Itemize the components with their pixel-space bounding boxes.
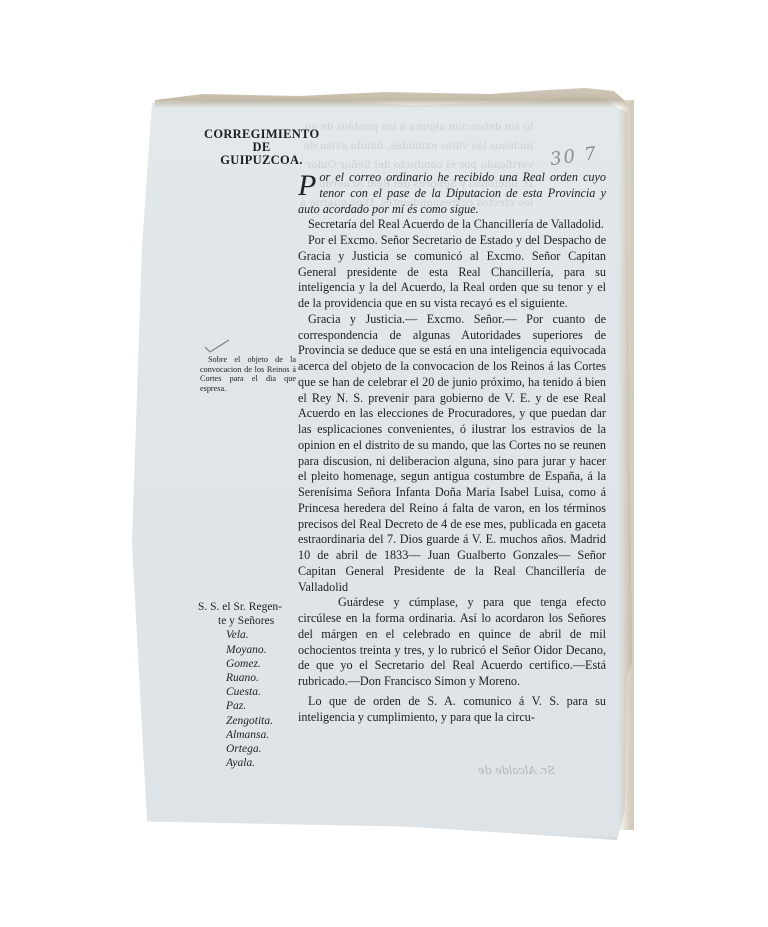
paragraph: Guárdese y cúmplase, y para que tenga ef…	[298, 595, 606, 690]
margin-members-list: S. S. el Sr. Regen- te y Señores Vela. M…	[198, 600, 294, 770]
member-name: Moyano.	[198, 643, 294, 657]
member-name: Paz.	[198, 699, 294, 713]
drop-cap: P	[298, 172, 316, 200]
margin-list-header: S. S. el Sr. Regen-	[198, 600, 294, 614]
document-header: CORREGIMIENTO DE GUIPUZCOA.	[204, 128, 319, 167]
paragraph: Por el Excmo. Señor Secretario de Estado…	[298, 233, 606, 312]
header-line-guipuzcoa: GUIPUZCOA.	[204, 154, 319, 167]
member-name: Ruano.	[198, 671, 294, 685]
member-name: Ortega.	[198, 742, 294, 756]
member-name: Vela.	[198, 628, 294, 642]
aged-right-edge	[618, 100, 634, 830]
margin-side-note: Sobre el objeto de la convocacion de los…	[200, 355, 296, 393]
bleed-line: inclusos las villas eximidas, dando avis…	[300, 137, 533, 156]
intro-text: or el correo ordinario he recibido una R…	[298, 170, 606, 216]
faint-reverse-note: Sr. Alcalde de	[478, 764, 555, 777]
margin-list-header: te y Señores	[198, 614, 294, 628]
member-name: Zengotita.	[198, 714, 294, 728]
member-name: Ayala.	[198, 756, 294, 770]
member-name: Cuesta.	[198, 685, 294, 699]
paragraph: Gracia y Justicia.— Excmo. Señor.— Por c…	[298, 312, 606, 596]
pencil-checkmark-icon	[203, 338, 231, 354]
member-name: Almansa.	[198, 728, 294, 742]
member-name: Gomez.	[198, 657, 294, 671]
document-body: Por el correo ordinario he recibido una …	[298, 170, 606, 725]
bleed-line: lo sin detencion alguna á los pueblos de…	[300, 118, 533, 137]
paragraph: Secretaría del Real Acuerdo de la Chanci…	[298, 217, 606, 233]
aged-top-edge	[155, 88, 633, 108]
paragraph: Lo que de orden de S. A. comunico á V. S…	[298, 694, 606, 726]
intro-paragraph: Por el correo ordinario he recibido una …	[298, 170, 606, 217]
